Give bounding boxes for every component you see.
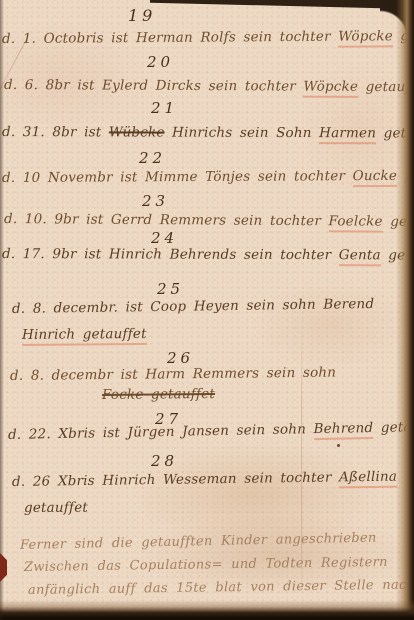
- record-number: 28: [151, 452, 178, 470]
- baptism-record: d. 6. 8br ist Eylerd Dircks sein tochter…: [4, 77, 414, 95]
- record-number: 25: [157, 280, 184, 298]
- record-number: 19: [128, 6, 156, 25]
- record-name-underlined: Behrend: [313, 420, 373, 440]
- record-name-underlined: Harmen: [319, 125, 376, 144]
- record-number: 24: [151, 229, 178, 247]
- record-name-underlined: Hinrich getauffet: [22, 326, 147, 346]
- baptism-record: d. 31. 8br ist Wübcke Hinrichs sein Sohn…: [2, 124, 414, 142]
- record-text: d. 10. 9br ist Gerrd Remmers sein tochte…: [4, 211, 329, 229]
- ink-dot: [337, 444, 340, 447]
- baptism-record: d. 1. Octobris ist Herman Rolfs sein toc…: [2, 28, 414, 47]
- manuscript-page: 19 d. 1. Octobris ist Herman Rolfs sein …: [0, 0, 414, 620]
- baptism-record: d. 17. 9br ist Hinrich Behrends sein toc…: [2, 246, 414, 264]
- record-name-underlined: Foelcke: [328, 213, 382, 232]
- baptism-record: d. 10 Novembr ist Mimme Tönjes sein toch…: [2, 168, 414, 186]
- record-number: 26: [167, 349, 194, 367]
- baptism-record: d. 8. decembr ist Harm Remmers sein sohn: [10, 365, 336, 384]
- record-number: 23: [142, 192, 169, 210]
- baptism-record: Focke getauffet: [102, 386, 215, 403]
- baptism-record: Hinrich getauffet: [22, 326, 147, 343]
- baptism-record: getauffet: [24, 500, 88, 516]
- record-name-underlined: Oucke: [353, 168, 398, 187]
- record-text: Hinrichs sein Sohn: [165, 125, 320, 142]
- record-name-underlined: Aßellina: [339, 469, 397, 489]
- record-name-underlined: Wöpcke: [303, 79, 358, 98]
- record-name-underlined: Genta: [339, 247, 381, 266]
- record-text: d. 1. Octobris ist Herman Rolfs sein toc…: [2, 29, 338, 47]
- record-text: d. 31. 8br ist: [2, 124, 109, 140]
- page-edge-bottom: [0, 600, 414, 620]
- record-text-struckthrough: Wübcke: [109, 124, 165, 140]
- record-text-struckthrough: Focke getauffet: [102, 386, 215, 403]
- record-text: d. 10 Novembr ist Mimme Tönjes sein toch…: [2, 168, 353, 186]
- page-edge-right: [396, 0, 414, 620]
- record-number: 22: [139, 149, 166, 167]
- record-text: d. 6. 8br ist Eylerd Dircks sein tochter: [4, 77, 304, 95]
- record-number: 21: [151, 99, 178, 117]
- record-number: 20: [147, 53, 174, 71]
- page-edge-left: [0, 0, 4, 620]
- record-text: d. 17. 9br ist Hinrich Behrends sein toc…: [2, 246, 339, 263]
- baptism-record: d. 10. 9br ist Gerrd Remmers sein tochte…: [4, 211, 414, 230]
